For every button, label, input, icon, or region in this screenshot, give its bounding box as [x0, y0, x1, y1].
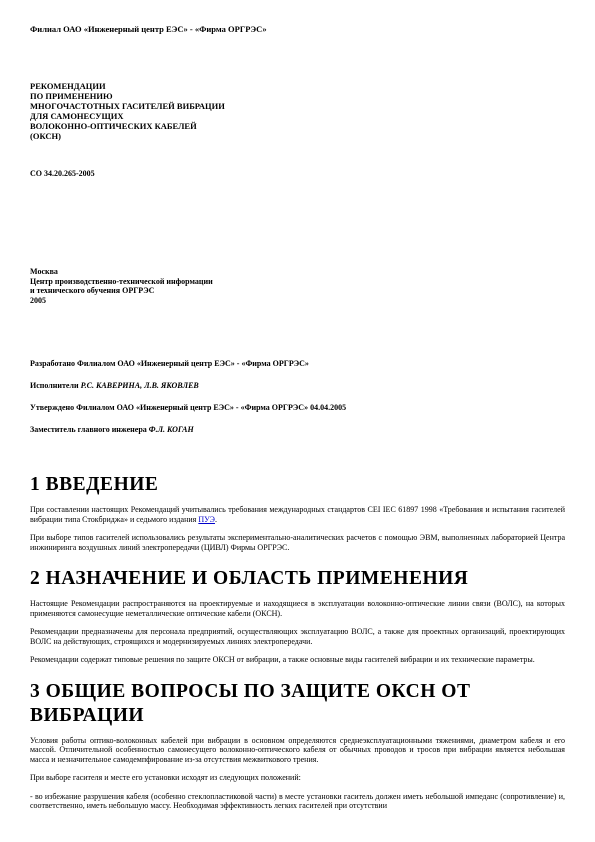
section-3-paragraph-2: При выборе гасителя и месте его установк… — [30, 773, 565, 783]
section-3-heading: 3 ОБЩИЕ ВОПРОСЫ ПО ЗАЩИТЕ ОКСН ОТ ВИБРАЦ… — [30, 680, 565, 728]
section-2-paragraph-1: Настоящие Рекомендации распространяются … — [30, 599, 565, 618]
credit-deputy: Заместитель главного инженера Ф.Л. КОГАН — [30, 425, 565, 435]
doc-title-line: (ОКСН) — [30, 131, 565, 141]
doc-title-line: ВОЛОКОННО-ОПТИЧЕСКИХ КАБЕЛЕЙ — [30, 121, 565, 131]
credit-executors-label: Исполнители — [30, 381, 81, 390]
imprint-publisher-line: и технического обучения ОРГРЭС — [30, 286, 565, 296]
credits: Разработано Филиалом ОАО «Инженерный цен… — [30, 359, 565, 435]
doc-title-line: РЕКОМЕНДАЦИИ — [30, 81, 565, 91]
imprint: Москва Центр производственно-технической… — [30, 267, 565, 305]
section-3-paragraph-1: Условия работы оптико-волоконных кабелей… — [30, 736, 565, 765]
section-2-paragraph-2: Рекомендации предназначены для персонала… — [30, 627, 565, 646]
section-2-paragraph-3: Рекомендации содержат типовые решения по… — [30, 655, 565, 665]
section-1-paragraph-1-text: При составлении настоящих Рекомендаций у… — [30, 505, 565, 524]
imprint-publisher-line: Центр производственно-технической информ… — [30, 277, 565, 287]
section-1-paragraph-2: При выборе типов гасителей использовалис… — [30, 533, 565, 552]
doc-title-line: ПО ПРИМЕНЕНИЮ — [30, 91, 565, 101]
document-page: Филиал ОАО «Инженерный центр ЕЭС» - «Фир… — [0, 0, 595, 842]
imprint-city: Москва — [30, 267, 565, 277]
credit-executors-names: Р.С. КАВЕРИНА, Л.В. ЯКОВЛЕВ — [81, 381, 199, 390]
section-1-paragraph-1-tail: . — [215, 515, 217, 524]
doc-number: СО 34.20.265-2005 — [30, 169, 565, 179]
section-1-heading: 1 ВВЕДЕНИЕ — [30, 473, 565, 497]
credit-approved: Утверждено Филиалом ОАО «Инженерный цент… — [30, 403, 565, 413]
credit-deputy-label: Заместитель главного инженера — [30, 425, 149, 434]
org-header: Филиал ОАО «Инженерный центр ЕЭС» - «Фир… — [30, 24, 565, 34]
doc-title-line: ДЛЯ САМОНЕСУЩИХ — [30, 111, 565, 121]
section-3-paragraph-3: - во избежание разрушения кабеля (особен… — [30, 792, 565, 811]
credit-executors: Исполнители Р.С. КАВЕРИНА, Л.В. ЯКОВЛЕВ — [30, 381, 565, 391]
doc-title-line: МНОГОЧАСТОТНЫХ ГАСИТЕЛЕЙ ВИБРАЦИИ — [30, 101, 565, 111]
pue-link[interactable]: ПУЭ — [198, 515, 215, 524]
section-2-heading: 2 НАЗНАЧЕНИЕ И ОБЛАСТЬ ПРИМЕНЕНИЯ — [30, 567, 565, 591]
credit-developed: Разработано Филиалом ОАО «Инженерный цен… — [30, 359, 565, 369]
doc-title: РЕКОМЕНДАЦИИ ПО ПРИМЕНЕНИЮ МНОГОЧАСТОТНЫ… — [30, 81, 565, 141]
imprint-year: 2005 — [30, 296, 565, 306]
section-1-paragraph-1: При составлении настоящих Рекомендаций у… — [30, 505, 565, 524]
credit-deputy-name: Ф.Л. КОГАН — [149, 425, 194, 434]
